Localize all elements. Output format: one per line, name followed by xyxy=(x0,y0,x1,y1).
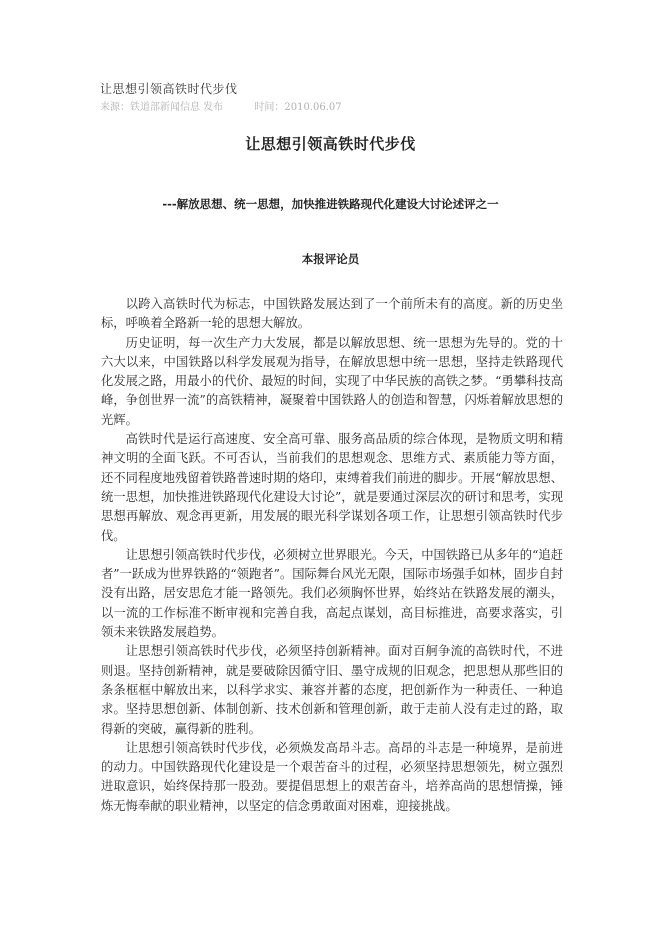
paragraph: 让思想引领高铁时代步伐，必须焕发高昂斗志。高昂的斗志是一种境界，是前进的动力。中… xyxy=(101,739,563,816)
paragraph: 以跨入高铁时代为标志，中国铁路发展达到了一个前所未有的高度。新的历史坐标，呼唤着… xyxy=(101,295,563,334)
publish-time: 时间：2010.06.07 xyxy=(254,102,341,113)
article-body: 以跨入高铁时代为标志，中国铁路发展达到了一个前所未有的高度。新的历史坐标，呼唤着… xyxy=(101,295,563,816)
paragraph: 高铁时代是运行高速度、安全高可靠、服务高品质的综合体现，是物质文明和精神文明的全… xyxy=(101,430,563,546)
article-subtitle: ---解放思想、统一思想，加快推进铁路现代化建设大讨论述评之一 xyxy=(0,196,661,212)
paragraph: 历史证明，每一次生产力大发展，都是以解放思想、统一思想为先导的。党的十六大以来，… xyxy=(101,334,563,430)
document-header-title: 让思想引领高铁时代步伐 xyxy=(100,80,238,97)
source-label: 来源：铁道部新闻信息 发布 xyxy=(100,102,223,113)
document-page: 让思想引领高铁时代步伐 来源：铁道部新闻信息 发布 时间：2010.06.07 … xyxy=(0,0,661,935)
article-meta: 来源：铁道部新闻信息 发布 时间：2010.06.07 xyxy=(100,98,342,113)
paragraph: 让思想引领高铁时代步伐，必须树立世界眼光。今天，中国铁路已从多年的“追赶者”一跃… xyxy=(101,546,563,642)
article-title: 让思想引领高铁时代步伐 xyxy=(0,133,661,154)
paragraph: 让思想引领高铁时代步伐，必须坚持创新精神。面对百舸争流的高铁时代，不进则退。坚持… xyxy=(101,642,563,738)
article-byline: 本报评论员 xyxy=(0,251,661,267)
